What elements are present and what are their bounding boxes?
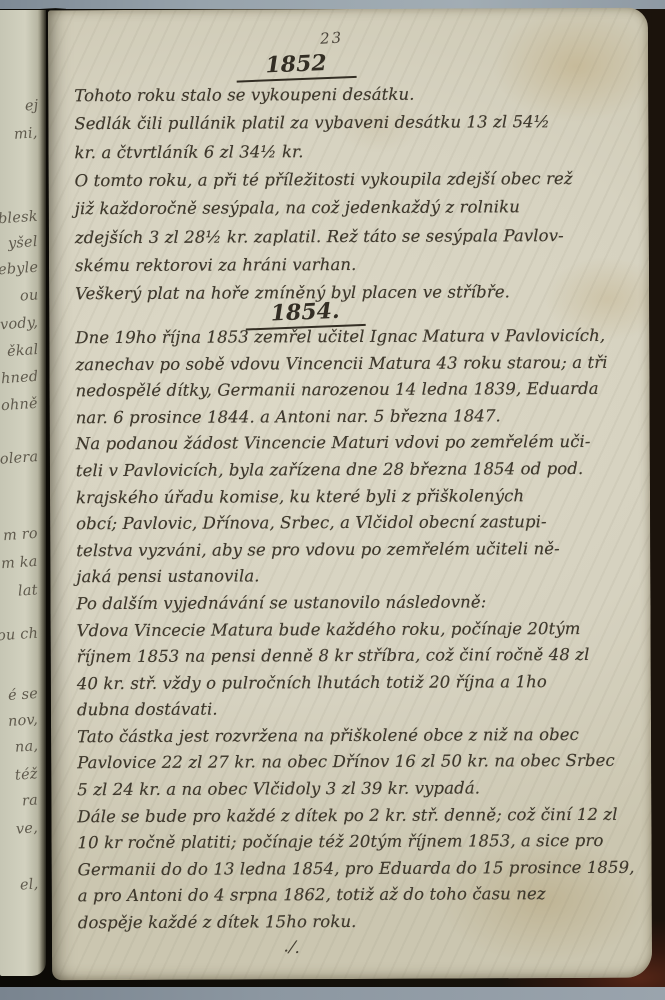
table-surface-bottom: [0, 987, 665, 1000]
text-line: Germanii do do 13 ledna 1854, pro Eduard…: [78, 858, 635, 879]
prev-page-fragment: ohně: [1, 396, 39, 415]
prev-page-fragment: na,: [14, 738, 38, 756]
prev-page-fragment: nov,: [8, 712, 39, 730]
prev-page-fragment: mi,: [14, 125, 39, 143]
prev-page-fragment: el,: [19, 876, 39, 893]
text-line: již každoročně sesýpala, na což jedenkaž…: [75, 197, 520, 227]
prev-page-fragment: yšel: [8, 234, 39, 252]
text-line: Dne 19ho října 1853 zemřel učitel Ignac …: [75, 326, 605, 347]
footer-mark: ./.: [283, 936, 302, 958]
prev-page-fragment: cholera: [0, 449, 38, 469]
text-line: zanechav po sobě vdovu Vincencii Matura …: [75, 353, 607, 374]
prev-page-fragment: hned: [0, 369, 38, 388]
year-heading-1854: 1854.: [245, 297, 366, 331]
text-line: Pavlovice 22 zl 27 kr. na obec Dřínov 16…: [77, 751, 615, 772]
prev-page-fragment: é se: [7, 686, 38, 704]
text-line: kr. a čtvrtláník 6 zl 34½ kr.: [74, 142, 303, 171]
page-number: 23: [320, 28, 344, 47]
text-line: skému rektorovi za hráni varhan.: [75, 255, 357, 285]
text-line: O tomto roku, a při té příležitosti vyko…: [75, 169, 573, 200]
text-line: dubna dostávati.: [77, 700, 218, 720]
year-heading-1852: 1852: [236, 49, 357, 83]
text-line: 5 zl 24 kr. a na obec Vlčidoly 3 zl 39 k…: [77, 778, 480, 799]
prev-page-fragment: ebyle: [0, 260, 39, 279]
text-line: dospěje každé z dítek 15ho roku.: [78, 912, 357, 932]
prev-page-fragment: m ka: [1, 554, 39, 573]
prev-page-fragment: ou ch: [0, 626, 39, 645]
prev-page-fragment: ou: [19, 287, 39, 304]
text-line: Po dalším vyjednávání se ustanovilo násl…: [76, 592, 486, 613]
manuscript-page: 23 1852 Tohoto roku stalo se vykoupeni d…: [48, 8, 652, 981]
text-line: nar. 6 prosince 1844. a Antoni nar. 5 bř…: [76, 406, 501, 427]
text-line: Sedlák čili pullánik platil za vybaveni …: [74, 112, 550, 142]
prev-page-fragment: ěkal: [6, 342, 38, 360]
text-line: 40 kr. stř. vždy o pulročních lhutách to…: [77, 672, 547, 693]
prev-page-fragment: blesk: [0, 209, 39, 228]
text-line: krajského úřadu komise, ku které byli z …: [76, 486, 524, 507]
prev-page-fragment: vody,: [0, 315, 39, 334]
text-line: nedospělé dítky, Germanii narozenou 14 l…: [76, 379, 599, 400]
text-line: Tato částka jest rozvržena na přiškolené…: [77, 725, 579, 746]
manuscript-photo: ej mi, blesk yšel ebyle ou vody, ěkal hn…: [0, 0, 665, 1000]
prev-page-fragment: ve,: [15, 820, 38, 837]
prev-page-fragment: ra: [21, 792, 38, 809]
text-line: teli v Pavlovicích, byla zařízena dne 28…: [76, 459, 583, 480]
prev-page-fragment: ej: [24, 98, 39, 115]
text-line: Dále se bude pro každé z dítek po 2 kr. …: [77, 805, 617, 826]
text-line: telstva vyzváni, aby se pro vdovu po zem…: [76, 539, 560, 560]
text-line: jaká pensi ustanovila.: [76, 566, 259, 586]
text-line: říjnem 1853 na pensi denně 8 kr stříbra,…: [77, 645, 590, 666]
text-line: zdejších 3 zl 28½ kr. zaplatil. Rež táto…: [75, 226, 564, 257]
text-line: obcí; Pavlovic, Dřínova, Srbec, a Vlčido…: [76, 512, 547, 533]
text-line: a pro Antoni do 4 srpna 1862, totiž až d…: [78, 884, 546, 905]
prev-page-fragment: též: [15, 766, 39, 784]
text-line: Tohoto roku stalo se vykoupeni desátku.: [74, 85, 414, 115]
text-line: 10 kr ročně platiti; počínaje též 20tým …: [77, 831, 603, 852]
prev-page-fragment: lat: [18, 582, 39, 599]
prev-page-fragment: m ro: [3, 526, 39, 544]
text-line: Vdova Vincecie Matura bude každého roku,…: [77, 619, 581, 640]
text-line: Na podanou žádost Vincencie Maturi vdovi…: [76, 432, 591, 453]
